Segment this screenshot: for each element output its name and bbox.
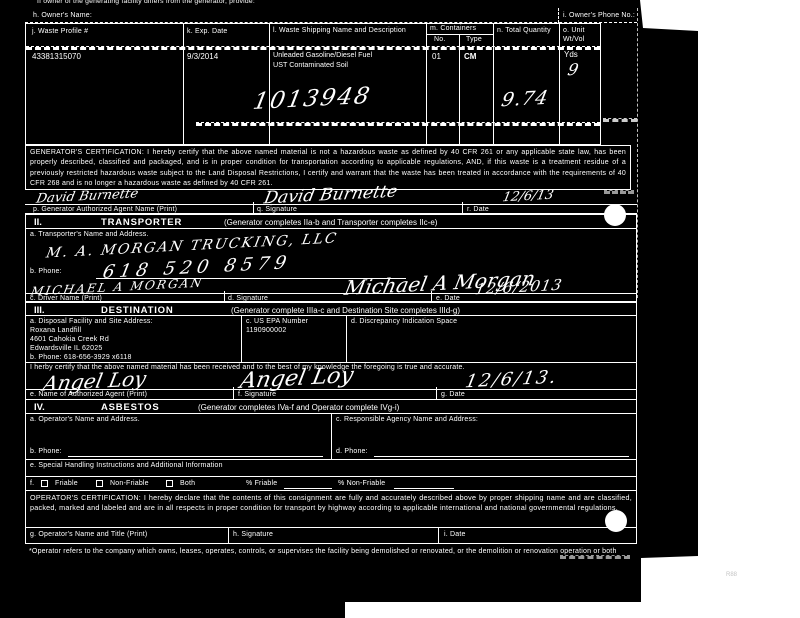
section-iii-note: (Generator complete IIIa-c and Destinati…: [231, 306, 460, 315]
table-line: [559, 24, 560, 144]
divider: [224, 291, 225, 302]
containers-no-header: No.: [434, 36, 446, 43]
generator-signature-row: David Burnette David Burnette 12/6/13 p.…: [25, 190, 637, 214]
page-code: R88: [726, 572, 737, 578]
destination-signature-row: Angel Loy Angel Loy 12/6/13. e. Name of …: [25, 372, 637, 399]
section-asbestos-header: IV. ASBESTOS (Generator completes IVa-f …: [25, 399, 637, 414]
friable-checkbox: [41, 480, 48, 487]
generator-signature-label: q. Signature: [257, 206, 297, 213]
section-ii-title: TRANSPORTER: [101, 217, 182, 228]
asbestos-operator-label: a. Operator's Name and Address.: [30, 416, 140, 423]
pct-friable-label: % Friable: [246, 480, 277, 487]
hole-punch-bottom: [605, 510, 627, 532]
pct-non-friable-underline: [394, 488, 454, 489]
divider: [331, 414, 332, 460]
scan-artifact-dash: [560, 555, 630, 559]
destination-address-line1: Roxana Landfill: [30, 327, 81, 334]
special-handling-label: e. Special Handling Instructions and Add…: [30, 462, 223, 469]
exp-header: k. Exp. Date: [187, 28, 228, 35]
containers-type-value: CM: [464, 52, 476, 61]
table-line: [183, 24, 184, 144]
friable-label: Friable: [55, 480, 78, 487]
containers-no-value: 01: [432, 52, 441, 61]
scanned-document-page: If owner of the generating facility diff…: [0, 0, 800, 618]
pct-friable-underline: [284, 488, 332, 489]
asbestos-agency-label: c. Responsible Agency Name and Address:: [336, 416, 478, 423]
destination-address-line2: 4601 Cahokia Creek Rd: [30, 336, 109, 343]
transporter-address-label: a. Transporter's Name and Address.: [30, 231, 149, 238]
section-iii-number: III.: [34, 305, 45, 316]
destination-signature-label: f. Signature: [238, 391, 276, 398]
friable-row: f. Friable Non-Friable Both % Friable % …: [25, 477, 637, 490]
scan-artifact-dash: [604, 190, 634, 194]
transporter-address-box: a. Transporter's Name and Address. M. A.…: [25, 229, 637, 262]
discrepancy-label: d. Discrepancy Indication Space: [351, 318, 457, 325]
transporter-phone-label: b. Phone:: [30, 268, 62, 275]
generator-name-label: p. Generator Authorized Agent Name (Prin…: [33, 206, 177, 213]
generator-certification-box: GENERATOR'S CERTIFICATION: I hereby cert…: [25, 145, 631, 190]
owner-row-divider: [558, 8, 559, 23]
friable-row-label: f.: [30, 480, 34, 487]
divider: [241, 316, 242, 362]
generator-date-label: r. Date: [467, 206, 489, 213]
divider: [431, 291, 432, 302]
operator-signature-row: g. Operator's Name and Title (Print) h. …: [25, 528, 637, 544]
operator-name-label: g. Operator's Name and Title (Print): [30, 531, 147, 538]
divider: [228, 528, 229, 544]
driver-label-strip: c. Driver Name (Print) d. Signature e. D…: [26, 293, 636, 302]
section-ii-number: II.: [34, 217, 42, 228]
operator-footnote: *Operator refers to the company which ow…: [29, 547, 624, 556]
qty-header: n. Total Quantity: [497, 26, 552, 35]
top-note: If owner of the generating facility diff…: [37, 0, 255, 5]
destination-label-strip: e. Name of Authorized Agent (Print) f. S…: [26, 389, 636, 399]
scan-artifact-dash: [603, 118, 637, 122]
divider: [346, 316, 347, 362]
containers-subrule: [426, 34, 493, 35]
both-checkbox: [166, 480, 173, 487]
divider: [436, 387, 437, 399]
unit-handwritten: 9: [566, 60, 580, 80]
epa-number-label: c. US EPA Number: [246, 318, 308, 325]
non-friable-label: Non-Friable: [110, 480, 149, 487]
table-line: [426, 24, 427, 144]
divider: [253, 202, 254, 214]
operator-certification-text: OPERATOR'S CERTIFICATION: I hereby decla…: [30, 493, 632, 513]
hole-punch-top: [604, 204, 626, 226]
destination-phone-label: b. Phone: 618-656-3929 x6118: [30, 354, 132, 361]
divider: [438, 528, 439, 544]
destination-address-label: a. Disposal Facility and Site Address:: [30, 318, 153, 325]
scan-black-area: If owner of the generating facility diff…: [0, 0, 700, 618]
owner-name-label: h. Owner's Name:: [33, 12, 92, 19]
owner-phone-label: i. Owner's Phone No.:: [563, 12, 635, 19]
divider: [462, 202, 463, 214]
phone-d-underline: [374, 456, 629, 457]
non-friable-checkbox: [96, 480, 103, 487]
table-line: [459, 34, 460, 144]
generator-date-handwritten: 12/6/13: [501, 188, 555, 206]
unit-value: Yds: [564, 50, 578, 59]
destination-date-label: g. Date: [441, 391, 465, 398]
desc-line2: UST Contaminated Soil: [273, 60, 348, 69]
phone-b-underline: [68, 456, 323, 457]
special-handling-box: e. Special Handling Instructions and Add…: [25, 460, 637, 477]
table-line: [493, 24, 494, 144]
section-ii-note: (Generator completes IIa-b and Transport…: [224, 218, 437, 227]
section-transporter-header: II. TRANSPORTER (Generator completes IIa…: [25, 214, 637, 229]
desc-header: l. Waste Shipping Name and Description: [273, 26, 413, 35]
section-iv-number: IV.: [34, 402, 45, 413]
destination-agent-label: e. Name of Authorized Agent (Print): [30, 391, 147, 398]
destination-address-line3: Edwardsville IL 62025: [30, 345, 102, 352]
driver-row: MICHAEL A MORGAN Michael A Morgan 12/6/2…: [25, 279, 637, 302]
operator-signature-label: h. Signature: [233, 531, 273, 538]
handwriting-baseline: [196, 122, 600, 126]
epa-number-value: 1190900002: [246, 327, 286, 334]
divider: [233, 387, 234, 399]
section-iv-title: ASBESTOS: [101, 402, 160, 413]
owner-row: h. Owner's Name: i. Owner's Phone No.:: [25, 8, 637, 23]
pct-non-friable-label: % Non-Friable: [338, 480, 385, 487]
section-destination-header: III. DESTINATION (Generator complete III…: [25, 302, 637, 316]
profile-header: j. Waste Profile #: [32, 28, 88, 35]
driver-date-label: e. Date: [436, 295, 460, 302]
unit-header: o. Unit Wt/Vol: [563, 26, 599, 44]
section-iv-note: (Generator completes IVa-f and Operator …: [198, 403, 399, 412]
section-iii-title: DESTINATION: [101, 305, 173, 316]
exp-value: 9/3/2014: [187, 52, 218, 61]
desc-line1: Unleaded Gasoline/Diesel Fuel: [273, 50, 372, 59]
containers-type-header: Type: [466, 36, 482, 43]
containers-header: m. Containers: [430, 25, 476, 32]
driver-name-label: c. Driver Name (Print): [30, 295, 102, 302]
asbestos-phone-d-label: d. Phone:: [336, 448, 368, 455]
table-line: [269, 24, 270, 144]
asbestos-box: a. Operator's Name and Address. b. Phone…: [25, 414, 637, 460]
both-label: Both: [180, 480, 195, 487]
handwritten-profile-number: 1013948: [251, 83, 374, 115]
destination-box: a. Disposal Facility and Site Address: R…: [25, 316, 637, 362]
generator-label-strip: p. Generator Authorized Agent Name (Prin…: [25, 204, 637, 214]
generator-certification-text: GENERATOR'S CERTIFICATION: I hereby cert…: [30, 148, 626, 190]
scan-edge-dashes: [637, 8, 638, 298]
profile-value: 43381315070: [32, 52, 81, 61]
operator-date-label: i. Date: [444, 531, 466, 538]
handwritten-quantity: 9.74: [500, 87, 551, 111]
waste-table: j. Waste Profile # k. Exp. Date l. Waste…: [25, 23, 601, 145]
driver-signature-label: d. Signature: [228, 295, 268, 302]
operator-certification-box: OPERATOR'S CERTIFICATION: I hereby decla…: [25, 490, 637, 528]
asbestos-phone-b-label: b. Phone:: [30, 448, 62, 455]
